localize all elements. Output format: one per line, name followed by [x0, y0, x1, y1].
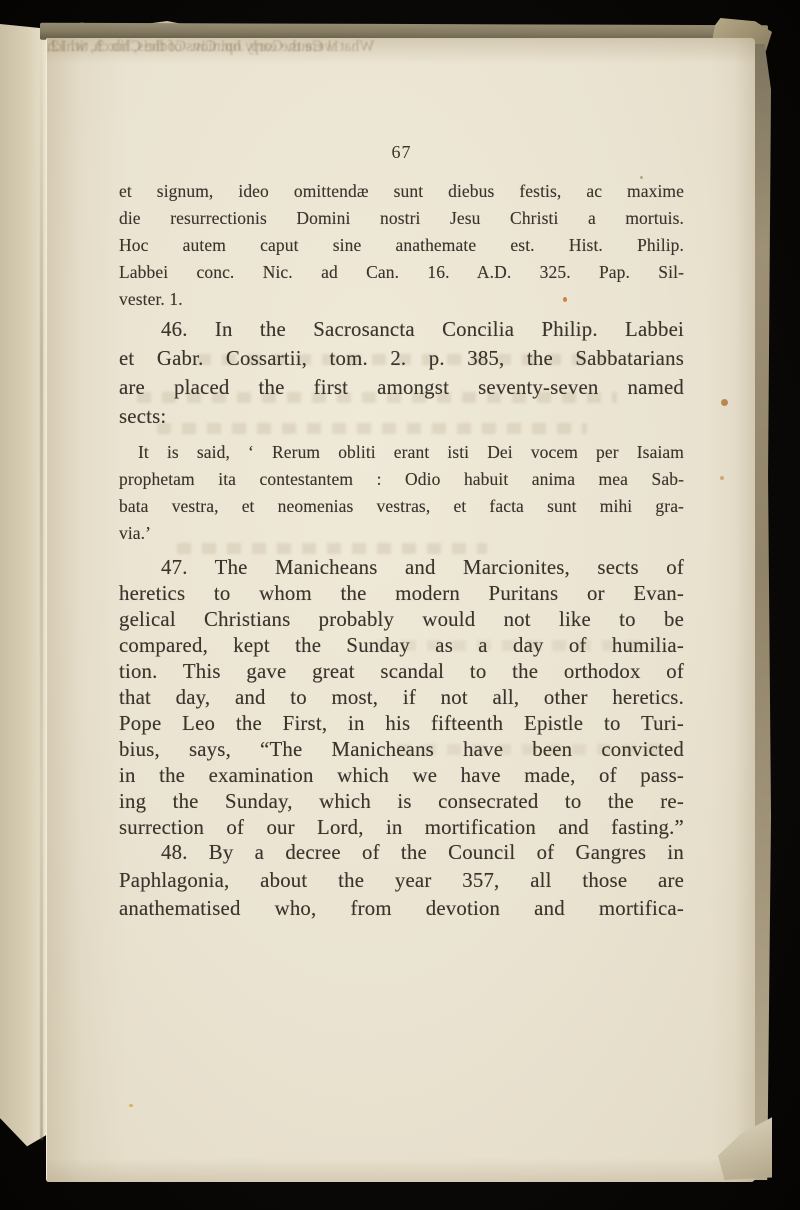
- section-46: 46. In the Sacrosancta Concilia Philip. …: [119, 315, 684, 431]
- text-line: prophetam ita contestantem : Odio habuit…: [119, 466, 684, 493]
- foxing-spot: [129, 1104, 133, 1107]
- text-line: via.’: [119, 520, 684, 547]
- text-line: Hoc autem caput sine anathemate est. His…: [119, 232, 684, 259]
- foxing-spot: [563, 297, 567, 302]
- text-line: surrection of our Lord, in mortification…: [119, 815, 684, 841]
- text-line: anathematised who, from devotion and mor…: [119, 895, 684, 923]
- text-line: ing the Sunday, which is consecrated to …: [119, 789, 684, 815]
- text-block: et signum, ideo omittendæ sunt diebus fe…: [47, 38, 755, 1182]
- text-line: 46. In the Sacrosancta Concilia Philip. …: [119, 315, 684, 344]
- text-line: are placed the first amongst seventy-sev…: [119, 373, 684, 402]
- text-line: Pope Leo the First, in his fifteenth Epi…: [119, 711, 684, 737]
- text-line: et signum, ideo omittendæ sunt diebus fe…: [119, 178, 684, 205]
- text-line: vester. 1.: [119, 286, 684, 313]
- foxing-spot: [720, 476, 724, 480]
- text-line: sects:: [119, 402, 684, 431]
- text-line: heretics to whom the modern Puritans or …: [119, 581, 684, 607]
- text-line: in the examination which we have made, o…: [119, 763, 684, 789]
- text-line: 47. The Manicheans and Marcionites, sect…: [119, 555, 684, 581]
- text-line: that day, and to most, if not all, other…: [119, 685, 684, 711]
- text-line: Labbei conc. Nic. ad Can. 16. A.D. 325. …: [119, 259, 684, 286]
- quote-latin: It is said, ‘ Rerum obliti erant isti De…: [119, 439, 684, 547]
- previous-page-edge: [0, 24, 52, 1152]
- text-line: et Gabr. Cossartii, tom. 2. p. 385, the …: [119, 344, 684, 373]
- text-line: gelical Christians probably would not li…: [119, 607, 684, 633]
- citation-continuation: et signum, ideo omittendæ sunt diebus fe…: [119, 178, 684, 313]
- text-line: compared, kept the Sunday as a day of hu…: [119, 633, 684, 659]
- foxing-spot: [640, 176, 643, 179]
- text-line: 48. By a decree of the Council of Gangre…: [119, 839, 684, 867]
- text-line: It is said, ‘ Rerum obliti erant isti De…: [119, 439, 684, 466]
- text-line: bius, says, “The Manicheans have been co…: [119, 737, 684, 763]
- section-48: 48. By a decree of the Council of Gangre…: [119, 839, 684, 923]
- foxing-spot: [721, 399, 728, 406]
- text-line: bata vestra, et neomenias vestras, et fa…: [119, 493, 684, 520]
- text-line: tion. This gave great scandal to the ort…: [119, 659, 684, 685]
- section-47: 47. The Manicheans and Marcionites, sect…: [119, 555, 684, 841]
- binding-crease: [40, 30, 43, 1140]
- book-page: What were the early opinions of the Chur…: [46, 38, 755, 1182]
- photo-background: What were the early opinions of the Chur…: [0, 0, 800, 1210]
- text-line: Paphlagonia, about the year 357, all tho…: [119, 867, 684, 895]
- text-line: die resurrectionis Domini nostri Jesu Ch…: [119, 205, 684, 232]
